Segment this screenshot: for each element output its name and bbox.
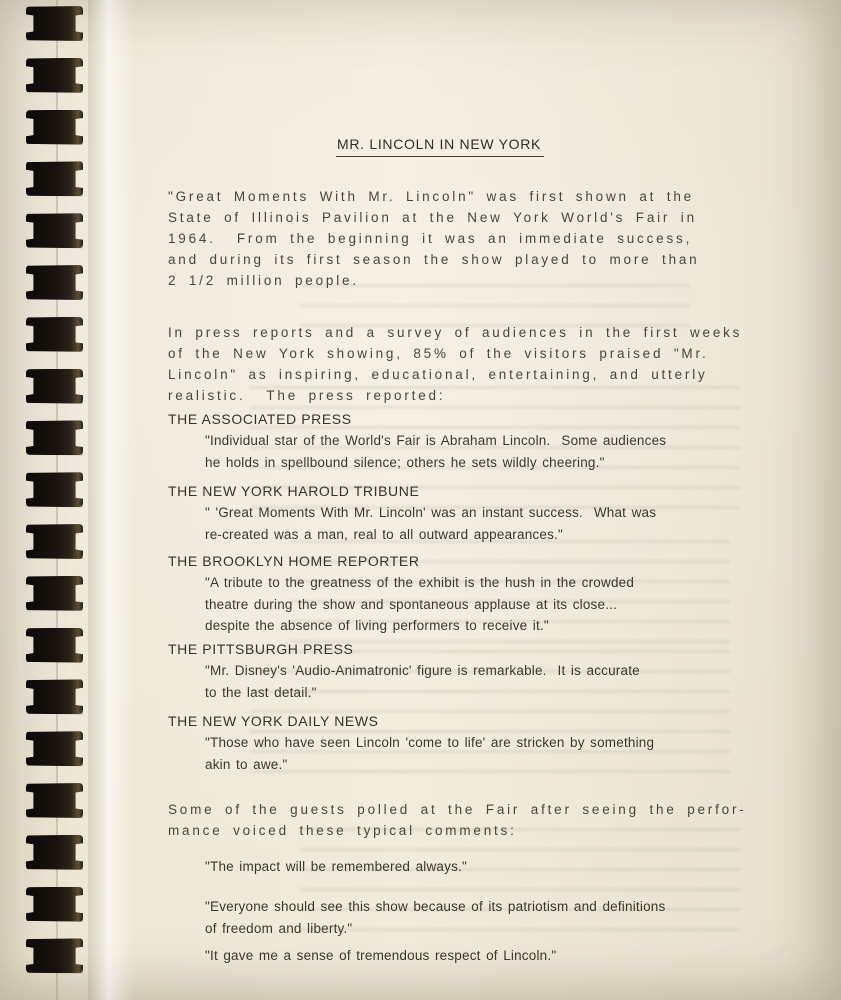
guest-comment: "It gave me a sense of tremendous respec…	[205, 945, 775, 967]
intro-paragraph-2: In press reports and a survey of audienc…	[168, 322, 788, 406]
press-source: THE NEW YORK HAROLD TRIBUNE	[168, 483, 788, 499]
page-title: MR. LINCOLN IN NEW YORK	[336, 136, 544, 157]
press-item-ny-daily-news: THE NEW YORK DAILY NEWS "Those who have …	[168, 713, 788, 775]
press-source: THE PITTSBURGH PRESS	[168, 641, 788, 657]
press-quote: "Those who have seen Lincoln 'come to li…	[205, 732, 788, 775]
press-source: THE NEW YORK DAILY NEWS	[168, 713, 788, 729]
press-quote: "Mr. Disney's 'Audio-Animatronic' figure…	[205, 660, 788, 703]
press-source: THE BROOKLYN HOME REPORTER	[168, 553, 788, 569]
press-item-associated-press: THE ASSOCIATED PRESS "Individual star of…	[168, 411, 788, 473]
press-item-brooklyn-home-reporter: THE BROOKLYN HOME REPORTER "A tribute to…	[168, 553, 788, 637]
intro-paragraph-1: "Great Moments With Mr. Lincoln" was fir…	[168, 186, 788, 291]
scanned-page: MR. LINCOLN IN NEW YORK "Great Moments W…	[0, 0, 841, 1000]
press-quote: "Individual star of the World's Fair is …	[205, 430, 788, 473]
press-quote: " 'Great Moments With Mr. Lincoln' was a…	[205, 502, 788, 545]
press-source: THE ASSOCIATED PRESS	[168, 411, 788, 427]
press-quote: "A tribute to the greatness of the exhib…	[205, 572, 788, 637]
press-item-ny-harold-tribune: THE NEW YORK HAROLD TRIBUNE " 'Great Mom…	[168, 483, 788, 545]
guest-comment: "Everyone should see this show because o…	[205, 896, 775, 939]
press-item-pittsburgh-press: THE PITTSBURGH PRESS "Mr. Disney's 'Audi…	[168, 641, 788, 703]
guests-paragraph: Some of the guests polled at the Fair af…	[168, 799, 788, 841]
page-content: MR. LINCOLN IN NEW YORK "Great Moments W…	[0, 0, 841, 1000]
guest-comment: "The impact will be remembered always."	[205, 856, 775, 878]
